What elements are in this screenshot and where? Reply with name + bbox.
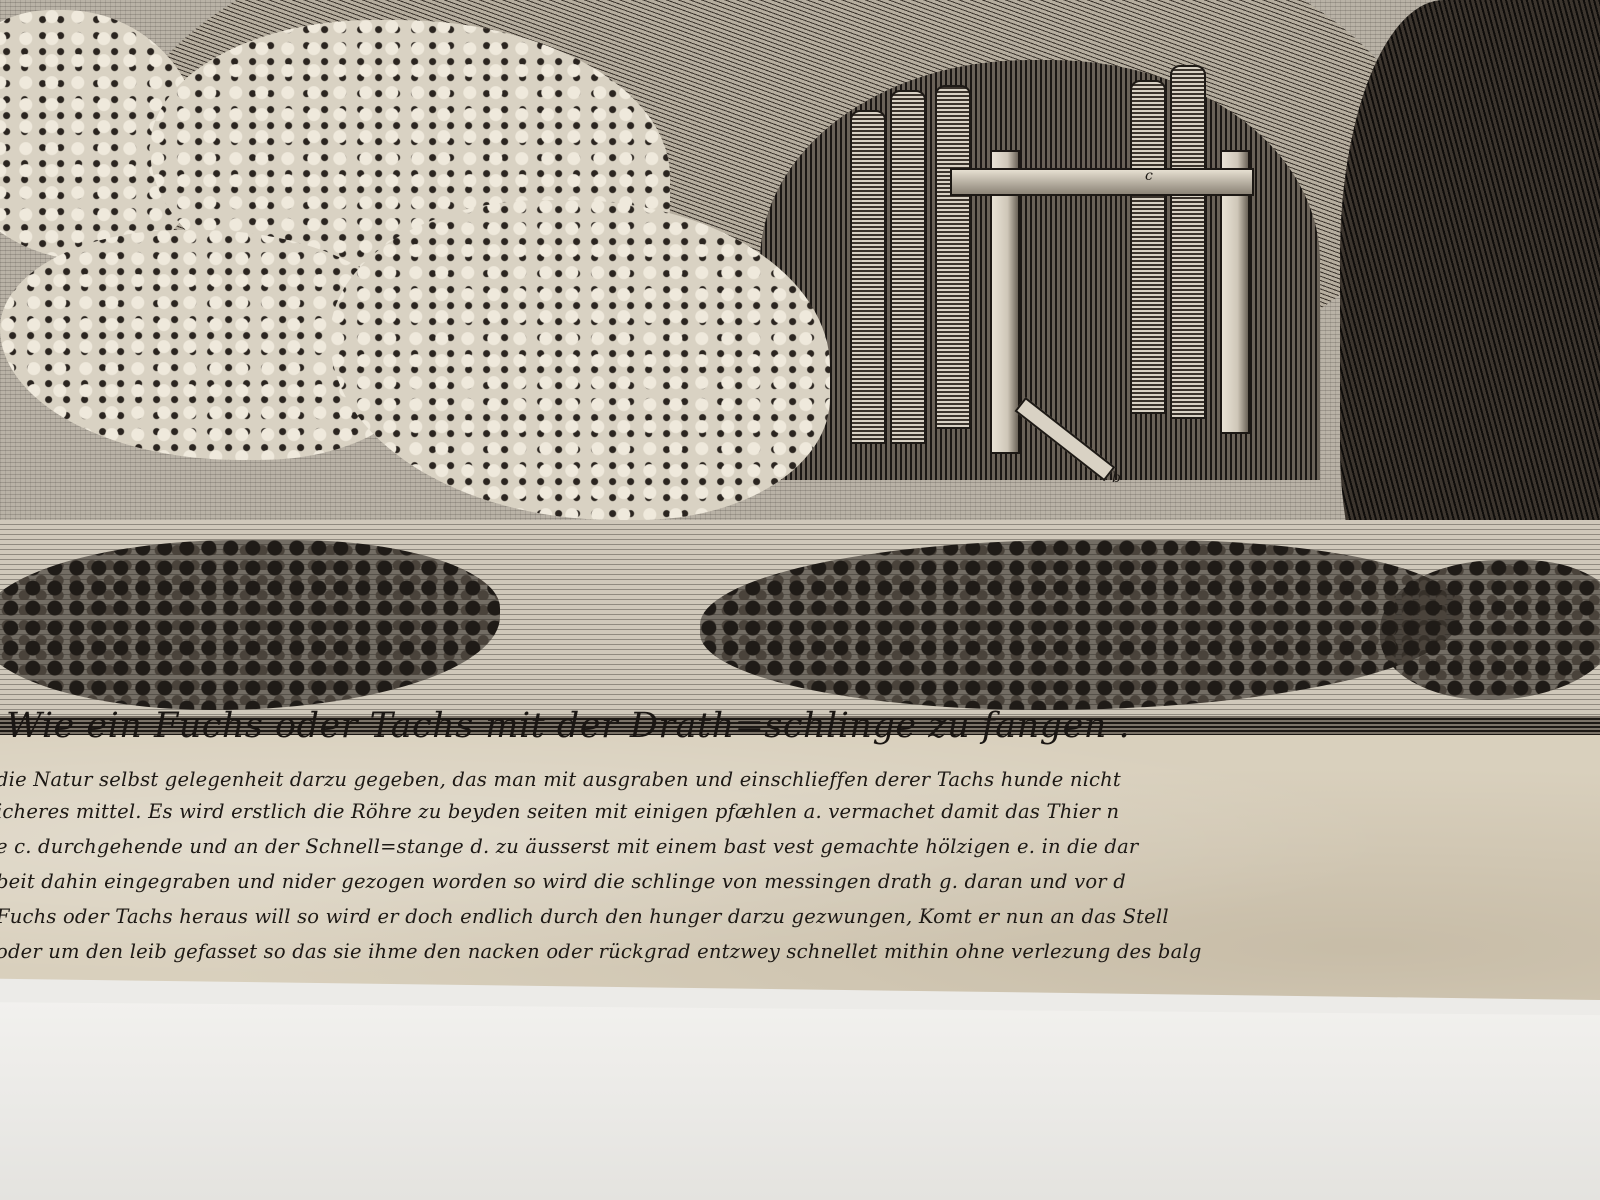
fence-stake bbox=[1130, 80, 1166, 414]
caption-line-2: icheres mittel. Es wird erstlich die Röh… bbox=[0, 800, 1119, 823]
engraving-plate: c b bbox=[0, 0, 1600, 735]
fence-stake bbox=[850, 110, 886, 444]
fence-stake bbox=[1170, 65, 1206, 419]
foreground-shrub bbox=[1380, 560, 1600, 700]
fence-stake bbox=[890, 90, 926, 444]
plate-label-b: b bbox=[1112, 470, 1121, 486]
fence-stake bbox=[935, 85, 971, 429]
caption-title: Wie ein Fuchs oder Tachs mit der Drath=s… bbox=[6, 706, 1130, 746]
caption-line-6: oder um den leib gefasset so das sie ihm… bbox=[0, 940, 1202, 963]
caption-line-4: beit dahin eingegraben und nider gezogen… bbox=[0, 870, 1126, 893]
frame-mat bbox=[0, 985, 1600, 1200]
caption-line-1: die Natur selbst gelegenheit darzu gegeb… bbox=[0, 768, 1121, 791]
caption-line-5: Fuchs oder Tachs heraus will so wird er … bbox=[0, 905, 1169, 928]
plate-label-c: c bbox=[1145, 168, 1153, 184]
caption-line-3: e c. durchgehende und an der Schnell=sta… bbox=[0, 835, 1138, 858]
trap-crossbar bbox=[950, 168, 1254, 196]
